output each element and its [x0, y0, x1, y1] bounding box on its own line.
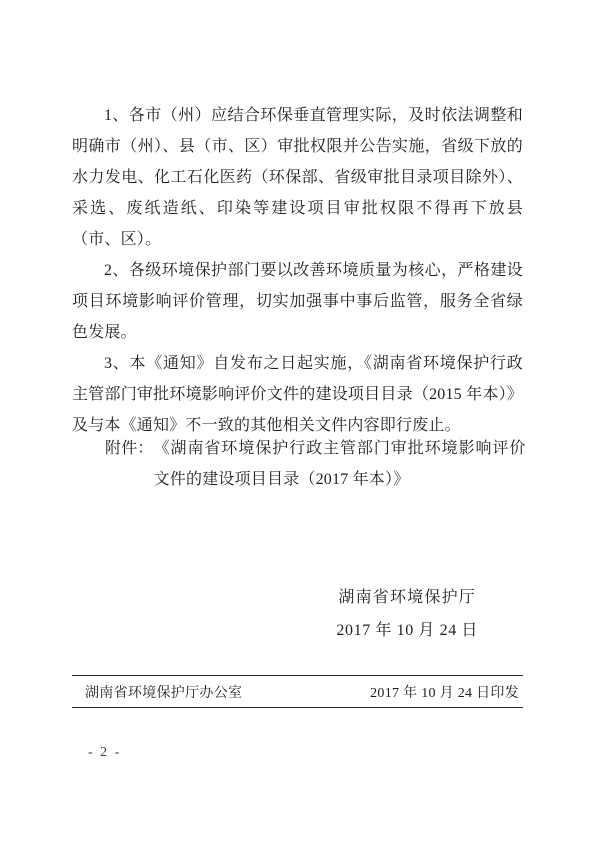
page-number: - 2 - [88, 745, 121, 761]
footer-print-date: 2017 年 10 月 24 日印发 [370, 682, 519, 702]
document-page: 1、各市（州）应结合环保垂直管理实际，及时依法调整和明确市（州）、县（市、区）审… [0, 0, 595, 841]
signature-date: 2017 年 10 月 24 日 [336, 614, 478, 647]
document-body: 1、各市（州）应结合环保垂直管理实际，及时依法调整和明确市（州）、县（市、区）审… [72, 100, 523, 441]
paragraph-3: 3、本《通知》自发布之日起实施，《湖南省环境保护行政主管部门审批环境影响评价文件… [72, 348, 523, 441]
signature-block: 湖南省环境保护厅 2017 年 10 月 24 日 [336, 581, 478, 647]
attachment-title: 《湖南省环境保护行政主管部门审批环境影响评价文件的建设项目目录（2017 年本）… [154, 433, 526, 495]
attachment-block: 附件： 《湖南省环境保护行政主管部门审批环境影响评价文件的建设项目目录（2017… [105, 433, 525, 495]
paragraph-1: 1、各市（州）应结合环保垂直管理实际，及时依法调整和明确市（州）、县（市、区）审… [72, 100, 523, 255]
attachment-label: 附件： [105, 433, 154, 464]
paragraph-2: 2、各级环境保护部门要以改善环境质量为核心，严格建设项目环境影响评价管理，切实加… [72, 255, 523, 348]
footer-bar: 湖南省环境保护厅办公室 2017 年 10 月 24 日印发 [72, 675, 523, 708]
footer-office: 湖南省环境保护厅办公室 [85, 682, 242, 702]
signature-organization: 湖南省环境保护厅 [336, 581, 478, 614]
